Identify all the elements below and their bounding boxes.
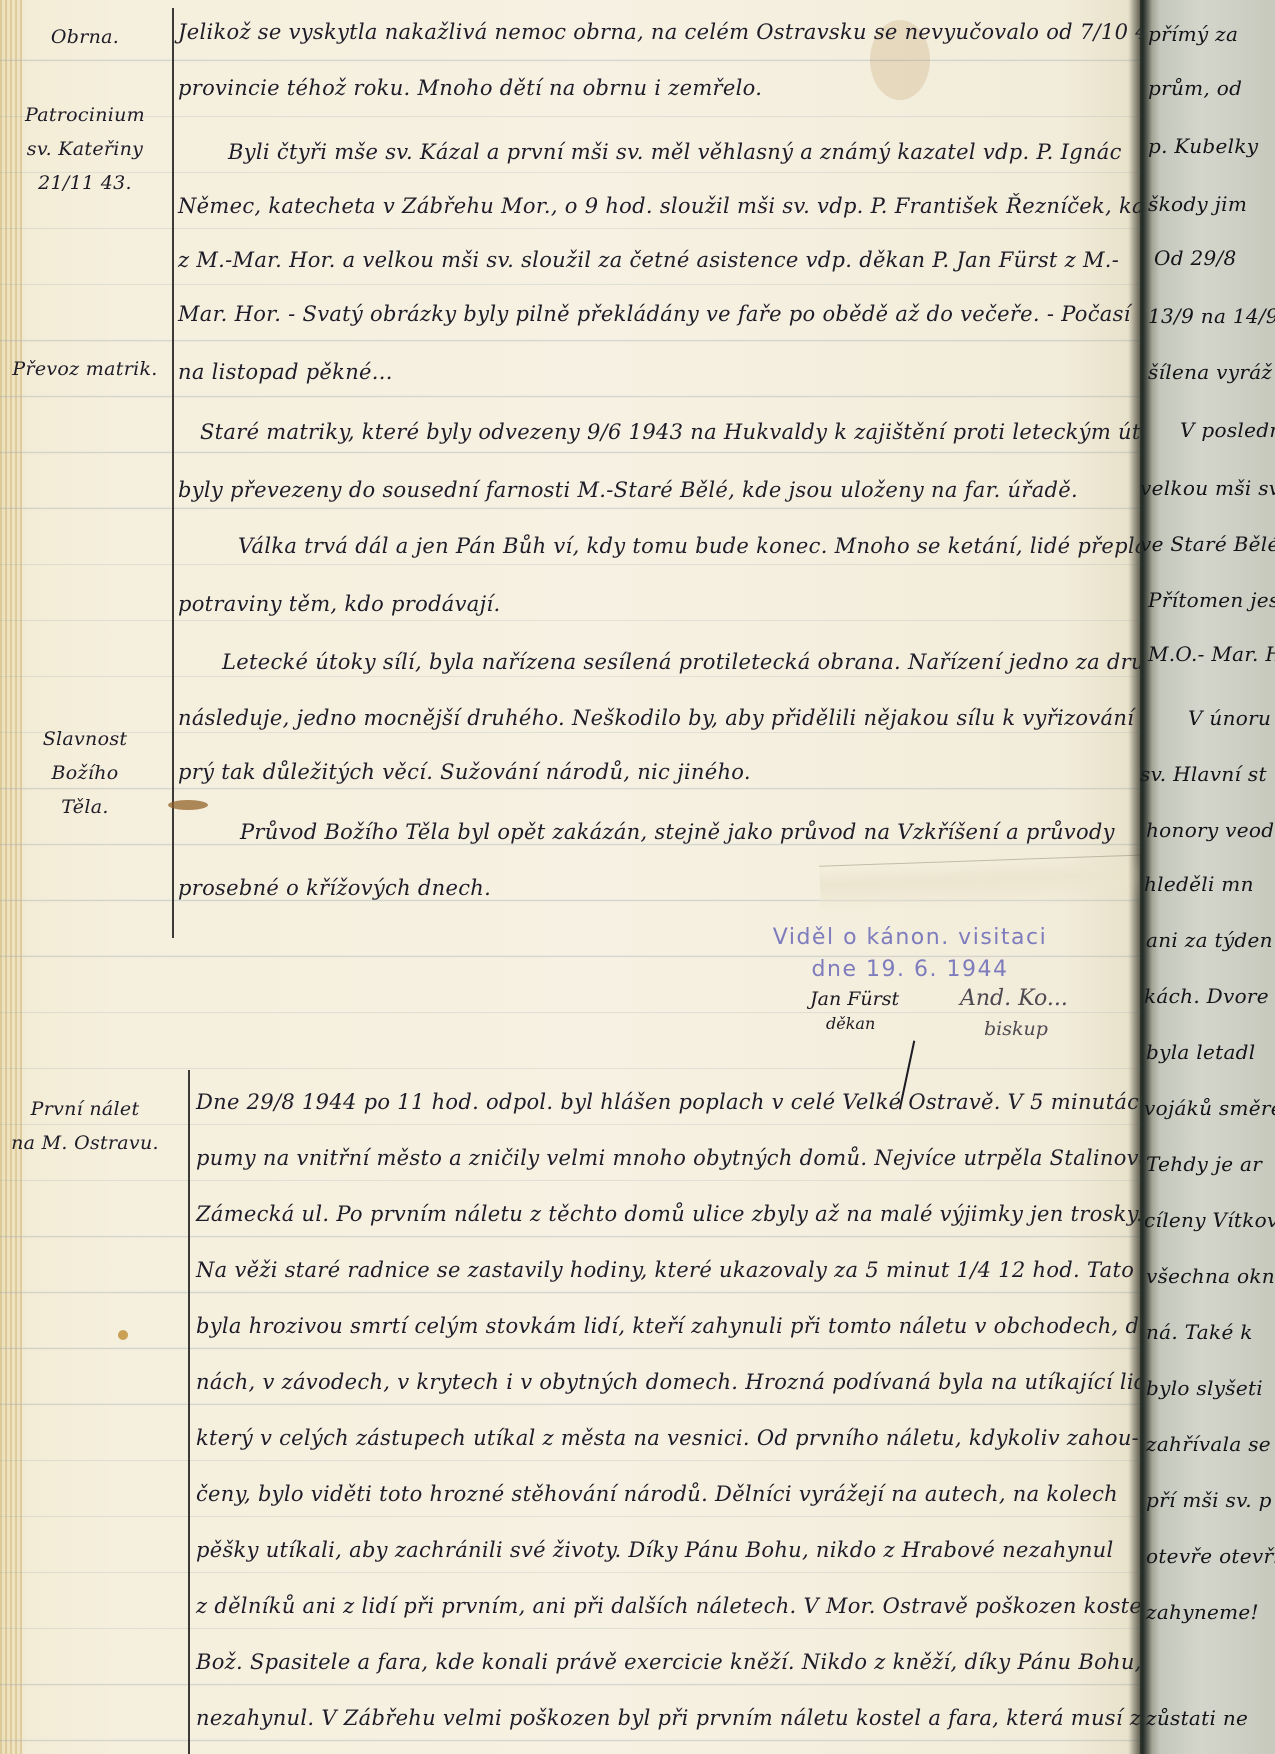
text-line: Průvod Božího Těla byl opět zakázán, ste…	[240, 820, 1115, 844]
text-line: potraviny těm, kdo prodávají.	[178, 592, 500, 616]
text-line: provincie téhož roku. Mnoho dětí na obrn…	[178, 76, 762, 100]
margin-note-line: První nálet	[10, 1092, 160, 1126]
ink-stain	[168, 800, 208, 810]
adjacent-text-line: všechna okna	[1146, 1264, 1275, 1288]
text-line: prosebné o křížových dnech.	[178, 876, 491, 900]
margin-note-slavnost: Slavnost Božího Těla.	[10, 722, 160, 824]
adjacent-text-line: bylo slyšeti	[1146, 1376, 1263, 1400]
text-line: byla hrozivou smrtí celým stovkám lidí, …	[196, 1314, 1140, 1338]
text-line: byly převezeny do sousední farnosti M.-S…	[178, 478, 1078, 502]
margin-note-line: Slavnost Božího	[10, 722, 160, 790]
signature-bishop: And. Ko...	[960, 986, 1068, 1011]
adjacent-text-line: zahřívala se	[1146, 1432, 1271, 1456]
stamp-date: dne 19. 6. 1944	[700, 954, 1120, 986]
adjacent-text-line: M.O.- Mar. Hor.	[1148, 642, 1275, 666]
adjacent-text-line: zahyneme!	[1146, 1600, 1259, 1624]
ink-stain	[118, 1330, 128, 1340]
margin-note-prevoz-matrik: Převoz matrik.	[10, 352, 160, 386]
margin-note-line: Patrocinium	[10, 98, 160, 132]
adjacent-text-line: kách. Dvore	[1144, 984, 1269, 1008]
adjacent-text-line: V poslední	[1180, 418, 1275, 442]
text-line: Bož. Spasitele a fara, kde konali právě …	[196, 1650, 1140, 1674]
text-line: Letecké útoky sílí, byla nařízena sesíle…	[222, 650, 1140, 674]
adjacent-page: přímý za prům, od p. Kubelky škody jim O…	[1140, 0, 1275, 1754]
adjacent-text-line: p. Kubelky	[1148, 134, 1258, 158]
text-line: nách, v závodech, v krytech i v obytných…	[196, 1370, 1140, 1394]
text-line: z M.-Mar. Hor. a velkou mši sv. sloužil …	[178, 248, 1119, 272]
adjacent-text-line: přímý za	[1148, 22, 1238, 46]
text-line: Byli čtyři mše sv. Kázal a první mši sv.…	[228, 140, 1122, 164]
margin-note-line: na M. Ostravu.	[10, 1126, 160, 1160]
margin-rule-lower	[188, 1070, 190, 1754]
adjacent-text-line: cíleny Vítkovic	[1144, 1208, 1275, 1232]
adjacent-text-line: šílena vyráž	[1148, 360, 1272, 384]
margin-note-line: 21/11 43.	[10, 166, 160, 200]
adjacent-text-line: honory veodle	[1146, 818, 1275, 842]
margin-note-patrocinium: Patrocinium sv. Kateřiny 21/11 43.	[10, 98, 160, 200]
margin-note-line: sv. Kateřiny	[10, 132, 160, 166]
text-line: z dělníků ani z lidí při prvním, ani při…	[196, 1594, 1140, 1618]
adjacent-text-line: Od 29/8	[1154, 246, 1237, 270]
adjacent-text-line: Přítomen jest	[1148, 588, 1275, 612]
text-line: Dne 29/8 1944 po 11 hod. odpol. byl hláš…	[196, 1090, 1140, 1114]
adjacent-text-line: hleděli mn	[1144, 872, 1254, 896]
adjacent-text-line: otevře otevři	[1146, 1544, 1275, 1568]
book-gutter	[1128, 0, 1152, 1754]
adjacent-text-line: zůstati ne	[1146, 1706, 1248, 1730]
text-line: Jelikož se vyskytla nakažlivá nemoc obrn…	[178, 20, 1140, 44]
signature-dean: Jan Fürst	[810, 988, 899, 1010]
adjacent-text-line: Tehdy je ar	[1146, 1152, 1262, 1176]
adjacent-text-line: prům, od	[1148, 76, 1242, 100]
text-line: Válka trvá dál a jen Pán Bůh ví, kdy tom…	[238, 534, 1140, 558]
text-line: pěšky utíkali, aby zachránili své životy…	[196, 1538, 1114, 1562]
margin-note-prvni-nalet: První nálet na M. Ostravu.	[10, 1092, 160, 1160]
adjacent-text-line: V únoru	[1188, 706, 1271, 730]
text-line: Mar. Hor. - Svatý obrázky byly pilně pře…	[178, 302, 1131, 326]
adjacent-text-line: vojáků směre	[1144, 1096, 1275, 1120]
text-line: čeny, bylo viděti toto hrozné stěhování …	[196, 1482, 1118, 1506]
text-line: pumy na vnitřní město a zničily velmi mn…	[196, 1146, 1140, 1170]
text-line: Zámecká ul. Po prvním náletu z těchto do…	[196, 1202, 1140, 1226]
adjacent-text-line: ani za týden	[1146, 928, 1273, 952]
adjacent-text-line: velkou mši sv.	[1140, 476, 1275, 500]
margin-note-line: Těla.	[10, 790, 160, 824]
text-line: nezahynul. V Zábřehu velmi poškozen byl …	[196, 1706, 1140, 1730]
text-line: následuje, jedno mocnější druhého. Neško…	[178, 706, 1134, 730]
text-line: Na věži staré radnice se zastavily hodin…	[196, 1258, 1134, 1282]
adjacent-text-line: sv. Hlavní st	[1140, 762, 1267, 786]
adjacent-text-line: byla letadl	[1146, 1040, 1255, 1064]
text-line: Staré matriky, které byly odvezeny 9/6 1…	[200, 420, 1140, 444]
adjacent-text-line: ve Staré Bělé a	[1140, 532, 1275, 556]
stamp-line: Viděl o kánon. visitaci	[700, 922, 1120, 954]
adjacent-text-line: škody jim	[1148, 192, 1247, 216]
text-line: který v celých zástupech utíkal z města …	[196, 1426, 1139, 1450]
margin-rule-upper	[172, 8, 174, 938]
left-page: Obrna. Patrocinium sv. Kateřiny 21/11 43…	[0, 0, 1140, 1754]
adjacent-text-line: pří mši sv. p	[1146, 1488, 1272, 1512]
adjacent-text-line: 13/9 na 14/9,	[1148, 304, 1275, 328]
adjacent-text-line: ná. Také k	[1146, 1320, 1253, 1344]
signature-dean-title: děkan	[826, 1014, 875, 1033]
text-line: prý tak důležitých věcí. Sužování národů…	[178, 760, 751, 784]
text-line: na listopad pěkné...	[178, 360, 393, 384]
signature-bishop-title: biskup	[984, 1018, 1048, 1040]
visitation-stamp: Viděl o kánon. visitaci dne 19. 6. 1944	[700, 922, 1120, 986]
text-line: Němec, katecheta v Zábřehu Mor., o 9 hod…	[178, 194, 1140, 218]
margin-note-obrna: Obrna.	[10, 20, 160, 54]
